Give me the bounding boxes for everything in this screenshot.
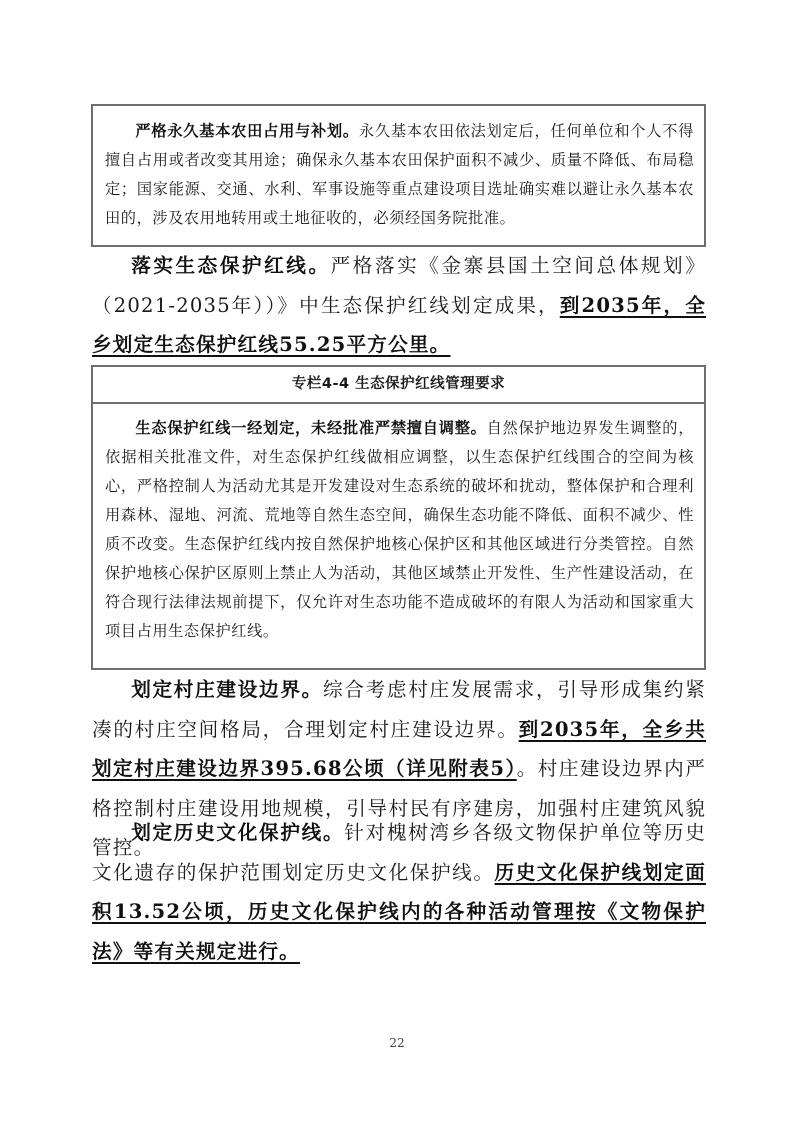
village-boundary-heading: 划定村庄建设边界。 bbox=[131, 678, 323, 701]
farmland-heading: 严格永久基本农田占用与补划。 bbox=[135, 122, 359, 140]
farmland-note-box: 严格永久基本农田占用与补划。永久基本农田依法划定后，任何单位和个人不得擅自占用或… bbox=[91, 104, 706, 247]
column-4-4-paragraph: 生态保护红线一经划定，未经批准严禁擅自调整。自然保护地边界发生调整的，依据相关批… bbox=[105, 414, 694, 646]
column-4-4-box: 专栏4-4 生态保护红线管理要求 生态保护红线一经划定，未经批准严禁擅自调整。自… bbox=[91, 365, 706, 670]
farmland-paragraph: 严格永久基本农田占用与补划。永久基本农田依法划定后，任何单位和个人不得擅自占用或… bbox=[105, 117, 694, 233]
column-4-4-body: 生态保护红线一经划定，未经批准严禁擅自调整。自然保护地边界发生调整的，依据相关批… bbox=[93, 404, 704, 646]
eco-redline-heading: 落实生态保护红线。 bbox=[131, 254, 330, 277]
column-4-4-heading: 生态保护红线一经划定，未经批准严禁擅自调整。 bbox=[135, 419, 486, 437]
heritage-heading: 划定历史文化保护线。 bbox=[131, 821, 344, 844]
document-page: 严格永久基本农田占用与补划。永久基本农田依法划定后，任何单位和个人不得擅自占用或… bbox=[0, 0, 794, 1122]
eco-redline-paragraph: 落实生态保护红线。严格落实《金寨县国土空间总体规划》（2021-2035年））》… bbox=[92, 246, 706, 365]
column-4-4-text: 自然保护地边界发生调整的，依据相关批准文件，对生态保护红线做相应调整，以生态保护… bbox=[105, 419, 694, 640]
column-4-4-title: 专栏4-4 生态保护红线管理要求 bbox=[93, 367, 704, 404]
heritage-paragraph: 划定历史文化保护线。针对槐树湾乡各级文物保护单位等历史文化遗存的保护范围划定历史… bbox=[92, 813, 706, 971]
page-number: 22 bbox=[0, 1036, 794, 1050]
